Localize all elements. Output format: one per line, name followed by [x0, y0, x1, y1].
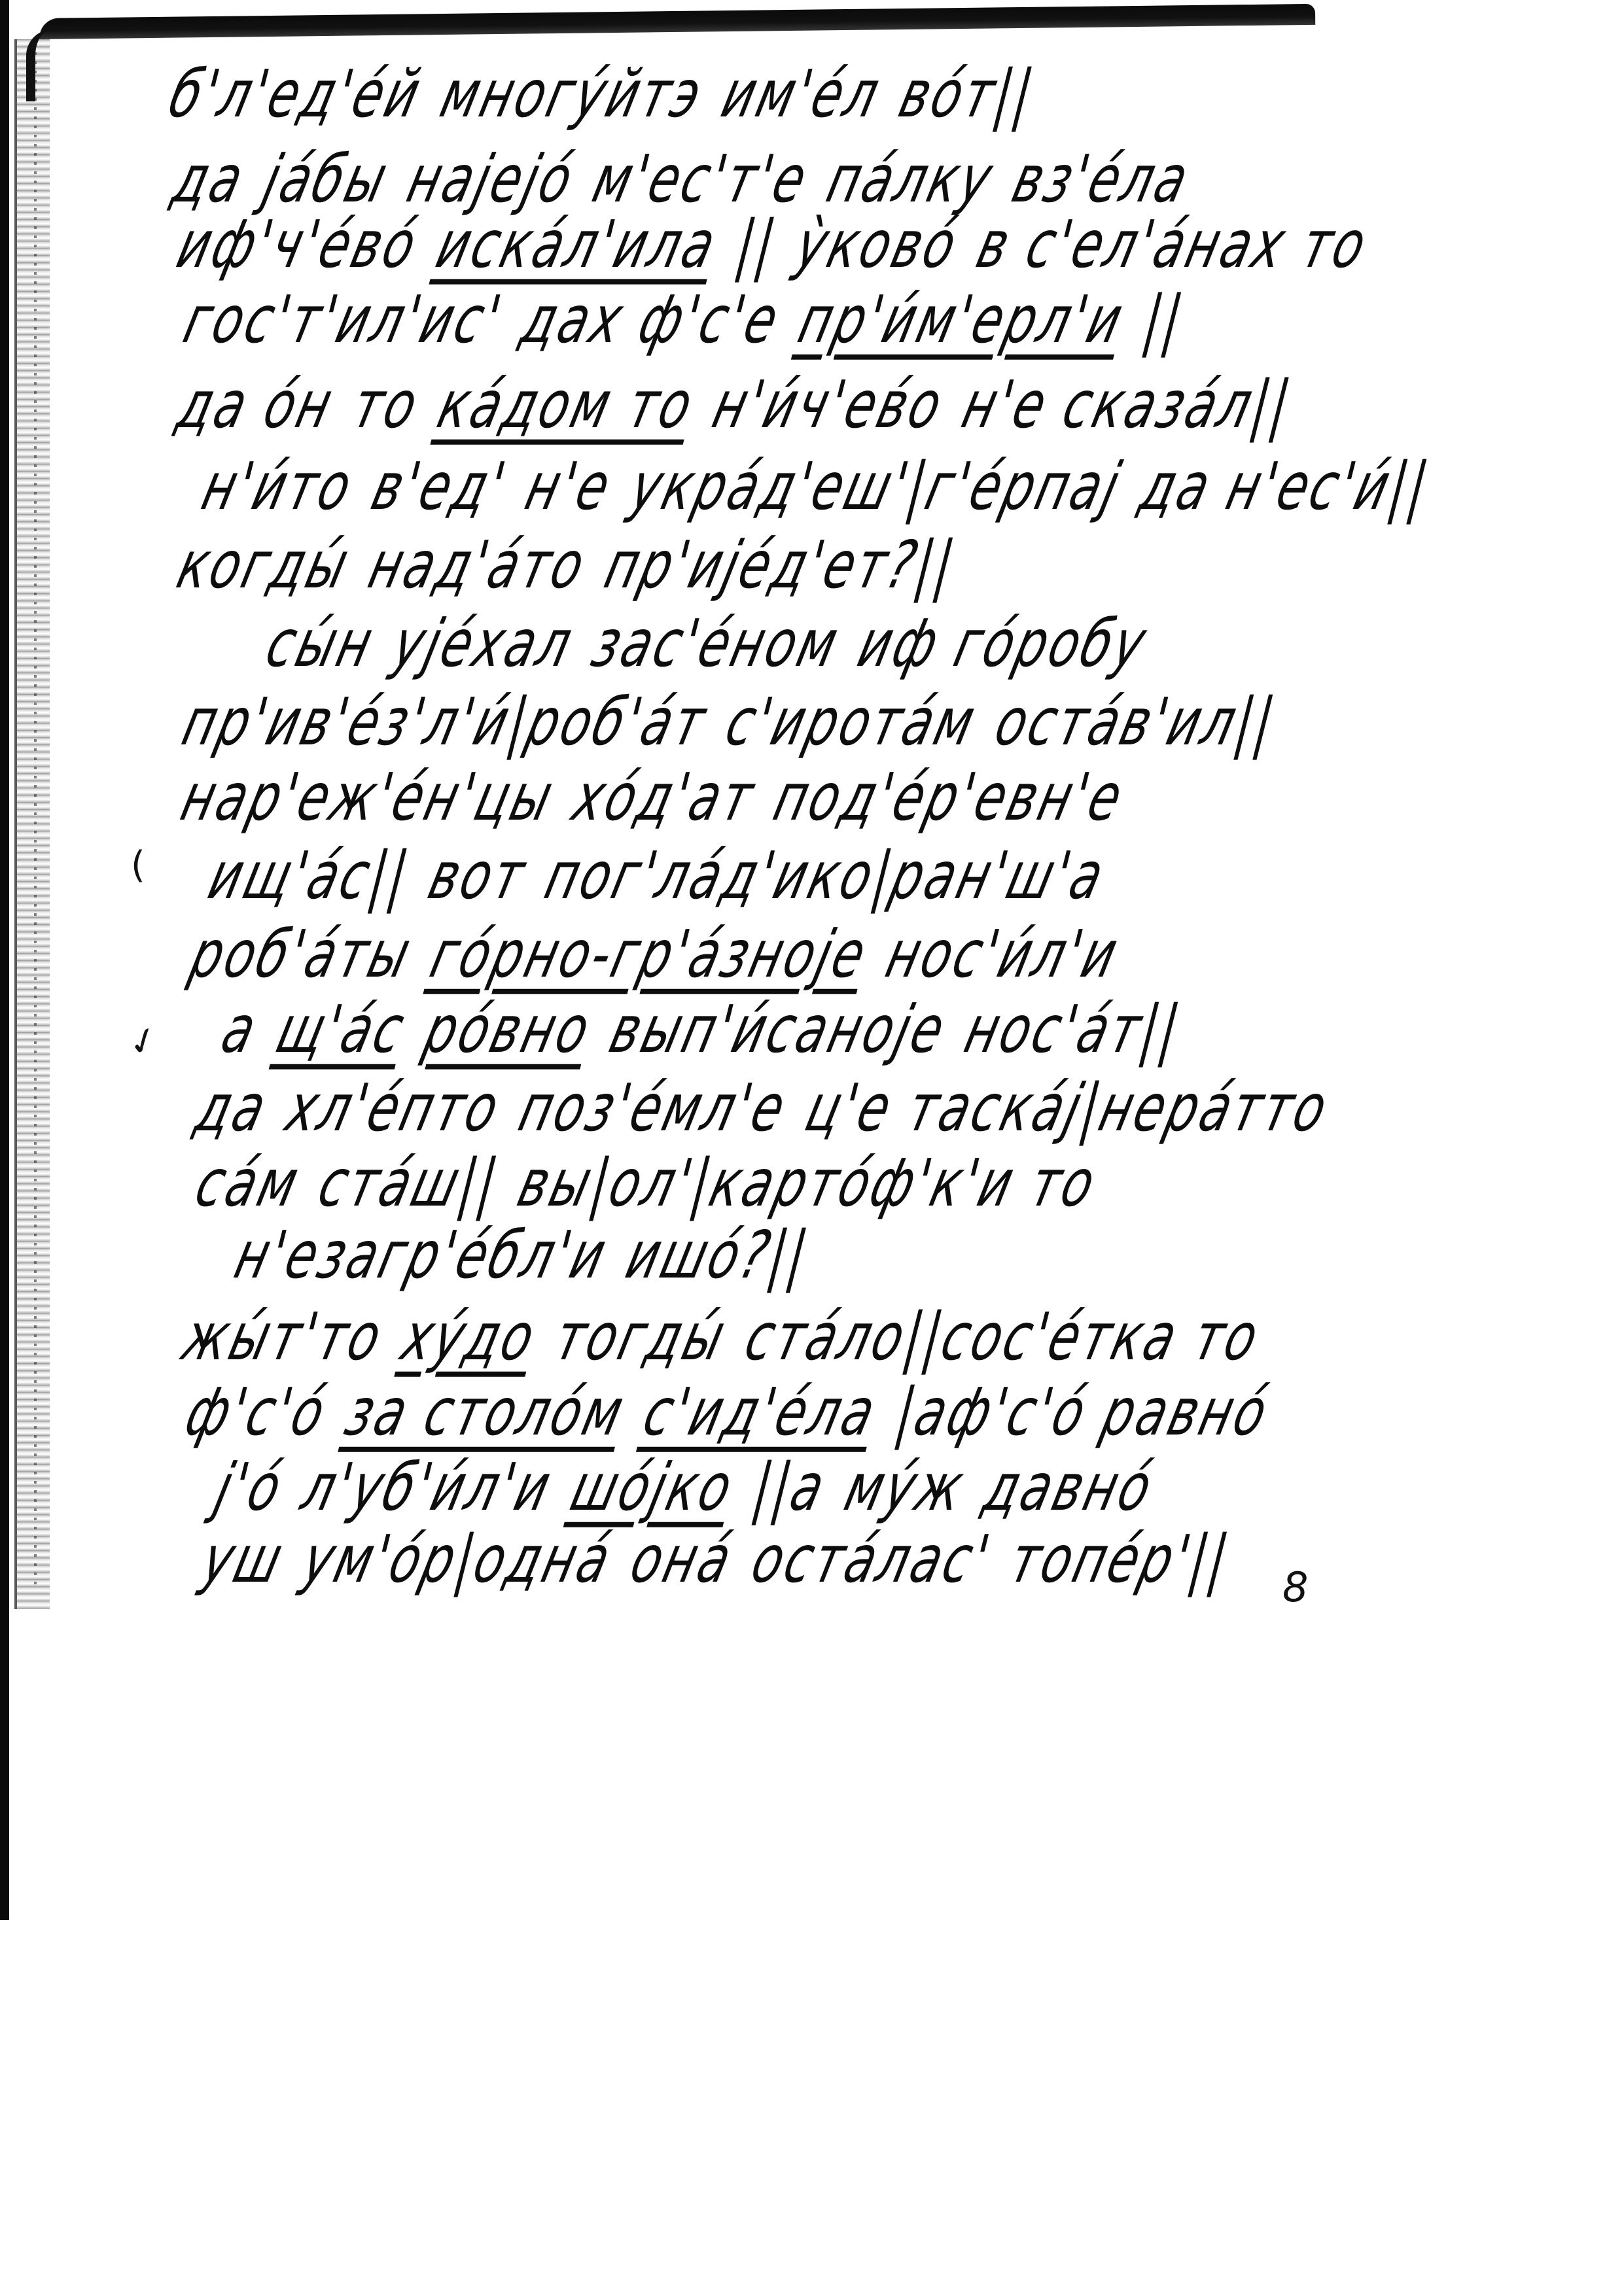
manuscript-line: б'л'ед'е́ймногу́йтэим'е́лво́т|| — [164, 61, 1064, 127]
manuscript-line: дахл'е́птопоз'е́мл'ец'е таска́ј|нера́тто — [190, 1075, 1358, 1141]
word: им'е́л — [715, 56, 889, 132]
word: |аф'с'о́ равно́ — [888, 1374, 1277, 1450]
word: б'л'ед'е́й — [162, 56, 430, 132]
word: с'ирота́м — [718, 684, 985, 760]
word: му́ж — [838, 1450, 973, 1525]
manuscript-line: да о́нтока́дом тон'и́ч'ев́он'е сказа́л|| — [171, 372, 1321, 438]
manuscript-line: нар'еж'е́н'цыхо́д'атпод'е́р'евн'е — [175, 765, 1153, 830]
manuscript-line: ф'с'о́за столо́мс'ид'е́ла|аф'с'о́ равно́ — [180, 1380, 1298, 1445]
underlined-word: иска́л'ила — [429, 207, 725, 283]
word: сы́н — [259, 606, 382, 682]
manuscript-line: ушум'о́р|одна́она́оста́лас'топе́р'|| — [196, 1527, 1259, 1592]
word: са́м — [188, 1145, 308, 1221]
word: хл'е́пто — [279, 1070, 508, 1146]
word: вот — [421, 838, 535, 914]
manuscript-line: сы́нуjе́халзас'е́номиф го́робу — [260, 611, 1176, 676]
word: уш — [195, 1522, 292, 1597]
word: нар'еж'е́н'цы — [174, 759, 563, 835]
underlined-word: го́рно-гр'а́зноје — [423, 916, 875, 992]
word: || — [1136, 282, 1193, 358]
manuscript-line: ищ'а́с||вотпог'ла́д'ико|ран'ш'а — [203, 843, 1134, 909]
word: пр'иjе́д'ет?|| — [597, 527, 964, 603]
word: жы́т'то — [175, 1299, 391, 1375]
word: многу́йтэ — [433, 56, 711, 132]
manuscript-line: жы́т'тоху́дотогды́ста́ло||сос'е́тка то — [177, 1304, 1289, 1370]
manuscript-line: ащ'а́сро́вновып'и́санојенос'а́т|| — [216, 997, 1210, 1062]
word: ищ'а́с|| — [202, 838, 418, 914]
word: ја́бы — [256, 141, 397, 217]
word: вып'и́саноје — [603, 992, 955, 1068]
word: иф'ч'е́во́ — [170, 207, 426, 283]
word: в'ед' — [364, 449, 515, 525]
underlined-word: пр'и́м'ерл'и — [791, 282, 1132, 358]
word: ста́ло||сос'е́тка то — [738, 1299, 1268, 1375]
manuscript-line: ј'о́л'уб'и́л'ишо́јко||аму́ждавно́ — [209, 1455, 1182, 1520]
word: тогды́ — [548, 1299, 735, 1375]
word: иф го́робу — [851, 606, 1156, 682]
word: вз'е́ла — [1005, 141, 1197, 217]
manuscript-line: пр'ив'е́з'л'и́|роб'а́тс'ирота́моста́в'ил… — [177, 689, 1305, 755]
word: најејо́ — [400, 141, 582, 217]
word: н'езагр'е́бл'и — [228, 1217, 616, 1293]
margin-bracket-mark: ( — [131, 844, 145, 886]
word: а — [215, 992, 266, 1068]
word: ум'о́р|одна́ — [295, 1522, 620, 1597]
manuscript-line: иф'ч'е́во́иска́л'ила||у̀ково́в с'ел'а́на… — [171, 212, 1397, 277]
word: па́лку — [820, 141, 1002, 217]
word: нос'а́т|| — [958, 992, 1190, 1068]
word: она́ — [624, 1522, 741, 1597]
word: под'е́р'евн'е — [767, 759, 1132, 835]
word: укра́д'еш'|г'е́рпај — [623, 449, 1129, 525]
manuscript-line: н'езагр'е́бл'иишо́?|| — [229, 1223, 838, 1288]
manuscript-line: даја́бынајејо́м'ес'т'епа́лкувз'е́ла — [167, 147, 1219, 212]
underlined-word: за столо́м — [338, 1374, 633, 1450]
page-number: 8 — [1282, 1563, 1308, 1611]
word: н'е — [518, 449, 620, 525]
word: да — [188, 1070, 275, 1146]
word: да — [166, 141, 253, 217]
underlined-word: щ'а́с — [269, 992, 414, 1068]
word: роб'а́ты — [183, 916, 420, 992]
word: ишо́?|| — [619, 1217, 817, 1293]
word: уjе́хал — [385, 606, 581, 682]
manuscript-line: гос'т'ил'ис'дах ф'с'епр'и́м'ерл'и|| — [178, 287, 1213, 353]
manuscript-line: когды́над'а́топр'иjе́д'ет?|| — [171, 532, 985, 598]
word: нос'и́л'и — [879, 916, 1127, 992]
word: ста́ш|| — [311, 1145, 508, 1221]
word: ц'е таска́ј|нера́тто — [798, 1070, 1337, 1146]
word: пог'ла́д'ико|ран'ш'а — [538, 838, 1113, 914]
underlined-word: ро́вно — [417, 992, 599, 1068]
word: вы|ол'|карто́ф'к'и то — [511, 1145, 1105, 1221]
word: то — [345, 367, 427, 443]
word: н'и́то — [195, 449, 361, 525]
word: гос'т'ил'ис' — [177, 282, 510, 358]
word: н'и́ч'ев́о — [705, 367, 951, 443]
manuscript-line: роб'а́тыго́рно-гр'а́знојенос'и́л'и — [185, 922, 1148, 987]
word: поз'е́мл'е — [512, 1070, 795, 1146]
underlined-word: ху́до — [395, 1299, 544, 1375]
word: у̀ково́ — [788, 207, 966, 283]
word: оста́в'ил|| — [988, 684, 1284, 760]
word: н'е сказа́л|| — [955, 367, 1300, 443]
word: да н'ес'и́|| — [1133, 449, 1438, 525]
word: хо́д'ат — [566, 759, 764, 835]
word: когды́ — [170, 527, 358, 603]
word: оста́лас' — [745, 1522, 999, 1597]
word: в с'ел'а́нах то — [970, 207, 1376, 283]
word: над'а́то — [361, 527, 594, 603]
word: топе́р'|| — [1002, 1522, 1238, 1597]
word: во́т|| — [892, 56, 1043, 132]
word: ј'о́ — [208, 1450, 291, 1525]
manuscript-line: н'и́тов'ед'н'еукра́д'еш'|г'е́рпајда н'ес… — [196, 454, 1459, 519]
underlined-word: шо́јко — [563, 1450, 741, 1525]
word: м'ес'т'е — [586, 141, 817, 217]
word: || — [728, 207, 785, 283]
word: зас'е́ном — [585, 606, 848, 682]
word: дах ф'с'е — [514, 282, 788, 358]
underlined-word: ка́дом то — [431, 367, 702, 443]
word: ||а — [745, 1450, 834, 1525]
word: л'уб'и́л'и — [294, 1450, 560, 1525]
word: да о́н — [170, 367, 342, 443]
underlined-word: с'ид'е́ла — [637, 1374, 885, 1450]
manuscript-line: са́мста́ш||вы|ол'|карто́ф'к'и то — [190, 1151, 1125, 1216]
word: давно́ — [976, 1450, 1161, 1525]
word: пр'ив'е́з'л'и́|роб'а́т — [175, 684, 715, 760]
word: ф'с'о́ — [179, 1374, 335, 1450]
manuscript-text-area: б'л'ед'е́ймногу́йтэим'е́лво́т||даја́бына… — [0, 0, 1607, 1701]
